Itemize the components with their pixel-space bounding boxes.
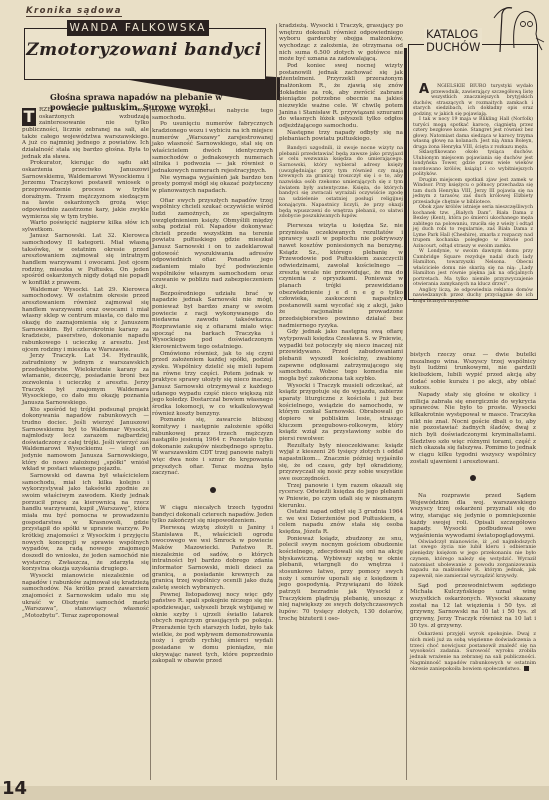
paragraph: Gdy jednak jako następną swą ofiarę wyty… (279, 329, 403, 382)
paragraph: TRZEJ młodzi ludzie z ławy oskarżonych w… (22, 107, 149, 160)
column-divider (276, 24, 277, 780)
paragraph: Trzej panowie i tym razem okazali się ry… (279, 483, 403, 510)
article-column-1: TRZEJ młodzi ludzie z ławy oskarżonych w… (22, 107, 149, 620)
paragraph: Ofiar swych przyszłych napadów trzej wsp… (152, 198, 273, 291)
paragraph-small: Bandyci uzgodnili, iż swoje nocne wizyty… (279, 146, 403, 220)
paragraph: Drugim miejscem spotkań zjaw jest zamek … (413, 178, 533, 206)
paragraph: Pierwszą wizytę złożyli u Janiny i Stani… (152, 525, 273, 592)
paragraph: Rezultaty były nieoczekiwane: ksiądz wyj… (279, 443, 403, 483)
paragraph: I tak w nocy 19 maja w Blikling Hall (No… (413, 117, 533, 150)
paragraph: Napady stały się głośne w okolicy i mili… (410, 392, 536, 465)
sidebar-body: ANGIELSKIE BIURO turystyki wydało przewo… (413, 84, 533, 304)
paragraph: Kto spośród tej trójki podsunął projekt … (22, 407, 149, 474)
page-number: 14 (2, 778, 27, 799)
sidebar-title: KATALOG DUCHÓW (424, 28, 482, 54)
paragraph: Nie wymaga wyjaśnień jak bardzo ten pros… (152, 175, 273, 195)
section-bullet (210, 487, 216, 493)
paragraph: kradzieżą. Wysocki i Traczyk, grasujący … (279, 23, 403, 63)
article-column-2: nowemu kumplowi nabycie tego samochodu. … (152, 108, 273, 665)
paragraph: Pod koniec swej nocnej wizyty postanowil… (279, 63, 403, 130)
column-divider (150, 108, 151, 780)
drop-cap: T (22, 108, 36, 126)
paragraph: Pewnej listopadowej nocy więc gdy państw… (152, 592, 273, 665)
paragraph: ANGIELSKIE BIURO turystyki wydało przewo… (413, 84, 533, 117)
ghost-illustration-icon (490, 4, 546, 56)
verdict-paragraph: Sąd pod przewodnictwem sędziego Michała … (410, 583, 536, 630)
magazine-page: Kronika sądowa WANDA FALKOWSKA Zmotoryzo… (0, 0, 549, 800)
paragraph: Omówiono również, jak to się czyni przed… (152, 351, 273, 418)
article-title: Zmotoryzowani bandyci (24, 40, 264, 60)
paragraph: W ciągu niecałych trzech tygodni bandyci… (152, 505, 273, 525)
paragraph: Na rozprawie przed Sądem Wojewódzkim dla… (410, 493, 536, 540)
sidebar-shadow (404, 48, 407, 300)
paragraph: W Londynie, w swoim dawnym domu przy Cam… (413, 249, 533, 288)
paragraph: nowemu kumplowi nabycie tego samochodu. (152, 108, 273, 121)
paragraph: Warto poświęcić najpierw kilka słów ich … (22, 220, 149, 233)
paragraph: Ostatni napad odbył się 3 grudnia 1964 r… (279, 509, 403, 536)
paragraph: Waldemar Wysocki. Lat 29. Kierowca samoc… (22, 287, 149, 354)
article-column-4: bistych rzeczy oraz — dwie butelki mszal… (410, 352, 536, 673)
paragraph: Sklasyfikowano około tysiąca duchów. Ulu… (413, 150, 533, 178)
paragraph: Wysocki i Traczyk musieli odczekać, aż k… (279, 383, 403, 443)
column-divider (406, 300, 407, 780)
paragraph: Janusz Sarnowski. Lat 32. Kierowca samoc… (22, 233, 149, 286)
paragraph-small: Oświadczył mianowicie, iż „od najmłodszy… (410, 540, 536, 580)
paragraph: bistych rzeczy oraz — dwie butelki mszal… (410, 352, 536, 392)
paragraph: Bezpośredniego udziału brać w napadzie j… (152, 291, 273, 351)
paragraph: Wysocki mianowicie niezależnie od napadó… (22, 573, 149, 620)
paragraph: Obok zjaw królów istnieje seria nieszczę… (413, 205, 533, 249)
footer-band (0, 786, 549, 800)
section-bullet (470, 475, 476, 481)
end-mark-icon (524, 666, 529, 671)
drop-cap: A (413, 84, 429, 96)
paragraph-small: Oskarżeni przyjęli wyrok spokojnie. Dwaj… (410, 632, 536, 673)
paragraph: Sarnowski od dawna był właścicielem samo… (22, 473, 149, 573)
paragraph: Poznanie się, zawarcie bliższej komitywy… (152, 417, 273, 477)
section-rubric: Kronika sądowa (26, 6, 122, 17)
paragraph: Po usunięciu numerów fabrycznych kradzio… (152, 121, 273, 174)
paragraph: Następne trzy napady odbyły się na pleba… (279, 130, 403, 143)
article-column-3: kradzieżą. Wysocki i Traczyk, grasujący … (279, 23, 403, 622)
paragraph: Anglicy liczą, że odpowiednia reklama do… (413, 288, 533, 305)
paragraph: Prokurator, kierując do sądu akt oskarże… (22, 160, 149, 220)
paragraph: Ponieważ ksiądz, zbudzony ze snu, poleci… (279, 536, 403, 623)
paragraph: Pierwsza wizyta u księdza Sz. nie przyni… (279, 223, 403, 330)
author-name: WANDA FALKOWSKA (67, 20, 209, 36)
paragraph: Jerzy Traczyk. Lat 34. Hydraulik, zatrud… (22, 353, 149, 406)
